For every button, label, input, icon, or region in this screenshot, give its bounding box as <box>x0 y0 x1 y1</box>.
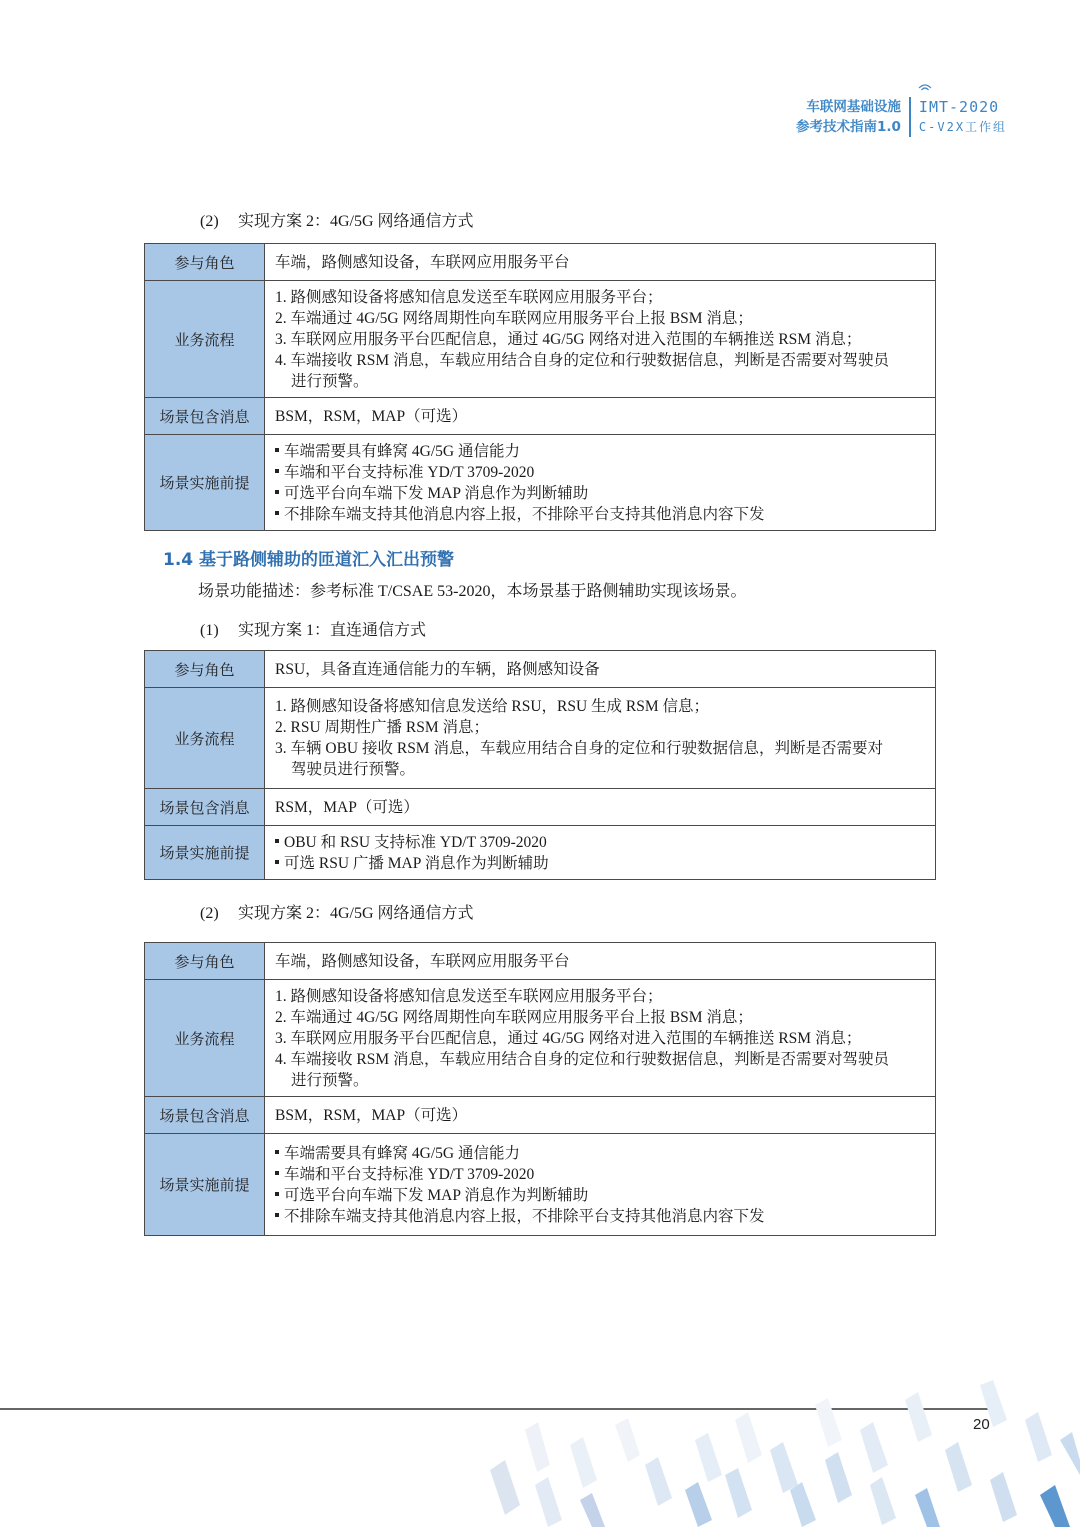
row-key: 业务流程 <box>145 281 265 398</box>
list-item: 驾驶员进行预警。 <box>275 759 925 780</box>
subheading-plan2: (2)实现方案 2：4G/5G 网络通信方式 <box>200 900 474 923</box>
row-key: 参与角色 <box>145 651 265 688</box>
row-key: 场景实施前提 <box>145 435 265 531</box>
table-row: 业务流程 1. 路侧感知设备将感知信息发送至车联网应用服务平台； 2. 车端通过… <box>145 281 936 398</box>
table-row: 场景实施前提 车端需要具有蜂窝 4G/5G 通信能力 车端和平台支持标准 YD/… <box>145 1134 936 1236</box>
subheading-plan1: (1)实现方案 1：直连通信方式 <box>200 617 426 640</box>
list-item: 3. 车联网应用服务平台匹配信息，通过 4G/5G 网络对进入范围的车辆推送 R… <box>275 1028 925 1049</box>
table-row: 业务流程 1. 路侧感知设备将感知信息发送至车联网应用服务平台； 2. 车端通过… <box>145 980 936 1097</box>
list-item: 车端需要具有蜂窝 4G/5G 通信能力 <box>275 1143 925 1164</box>
row-value: BSM，RSM，MAP（可选） <box>265 398 936 435</box>
list-item: 可选 RSU 广播 MAP 消息作为判断辅助 <box>275 853 925 874</box>
table-row: 场景实施前提 OBU 和 RSU 支持标准 YD/T 3709-2020 可选 … <box>145 826 936 880</box>
list-item: 车端和平台支持标准 YD/T 3709-2020 <box>275 1164 925 1185</box>
list-item: 车端需要具有蜂窝 4G/5G 通信能力 <box>275 441 925 462</box>
bullet-icon <box>275 1150 279 1154</box>
header-logo: 车联网基础设施 参考技术指南1.0 IMT-2020 C-V2X工作组 <box>796 96 1007 138</box>
row-value: RSM，MAP（可选） <box>265 789 936 826</box>
row-key: 场景包含消息 <box>145 398 265 435</box>
list-item: 不排除车端支持其他消息内容上报，不排除平台支持其他消息内容下发 <box>275 504 925 525</box>
row-value: 车端需要具有蜂窝 4G/5G 通信能力 车端和平台支持标准 YD/T 3709-… <box>265 435 936 531</box>
table-row: 业务流程 1. 路侧感知设备将感知信息发送给 RSU，RSU 生成 RSM 信息… <box>145 688 936 789</box>
row-key: 参与角色 <box>145 244 265 281</box>
bullet-icon <box>275 1213 279 1217</box>
row-value: BSM，RSM，MAP（可选） <box>265 1097 936 1134</box>
list-item: 可选平台向车端下发 MAP 消息作为判断辅助 <box>275 483 925 504</box>
bullet-icon <box>275 839 279 843</box>
table-row: 场景包含消息 RSM，MAP（可选） <box>145 789 936 826</box>
bullet-icon <box>275 1192 279 1196</box>
row-value: 车端，路侧感知设备，车联网应用服务平台 <box>265 244 936 281</box>
list-item: 可选平台向车端下发 MAP 消息作为判断辅助 <box>275 1185 925 1206</box>
list-item: 3. 车联网应用服务平台匹配信息，通过 4G/5G 网络对进入范围的车辆推送 R… <box>275 329 925 350</box>
list-item: 2. 车端通过 4G/5G 网络周期性向车联网应用服务平台上报 BSM 消息； <box>275 1007 925 1028</box>
bullet-icon <box>275 448 279 452</box>
bullet-icon <box>275 469 279 473</box>
list-item: 不排除车端支持其他消息内容上报，不排除平台支持其他消息内容下发 <box>275 1206 925 1227</box>
row-value: 车端需要具有蜂窝 4G/5G 通信能力 车端和平台支持标准 YD/T 3709-… <box>265 1134 936 1236</box>
header-title: 车联网基础设施 参考技术指南1.0 <box>796 97 909 137</box>
brand-group: C-V2X工作组 <box>919 117 1007 137</box>
list-item: 进行预警。 <box>275 1070 925 1091</box>
row-value: RSU，具备直连通信能力的车辆，路侧感知设备 <box>265 651 936 688</box>
table-row: 参与角色 RSU，具备直连通信能力的车辆，路侧感知设备 <box>145 651 936 688</box>
subheading-prev-plan2: (2)实现方案 2：4G/5G 网络通信方式 <box>200 208 474 231</box>
list-item: 4. 车端接收 RSM 消息，车载应用结合自身的定位和行驶数据信息，判断是否需要… <box>275 1049 925 1070</box>
bullet-icon <box>275 511 279 515</box>
table-row: 场景实施前提 车端需要具有蜂窝 4G/5G 通信能力 车端和平台支持标准 YD/… <box>145 435 936 531</box>
list-item: 4. 车端接收 RSM 消息，车载应用结合自身的定位和行驶数据信息，判断是否需要… <box>275 350 925 371</box>
list-item: 车端和平台支持标准 YD/T 3709-2020 <box>275 462 925 483</box>
header-title-line2: 参考技术指南1.0 <box>796 117 901 137</box>
row-key: 场景包含消息 <box>145 1097 265 1134</box>
row-value: 1. 路侧感知设备将感知信息发送给 RSU，RSU 生成 RSM 信息； 2. … <box>265 688 936 789</box>
brand-name: IMT-2020 <box>919 97 1007 117</box>
row-key: 业务流程 <box>145 688 265 789</box>
row-value: 车端，路侧感知设备，车联网应用服务平台 <box>265 943 936 980</box>
header-brand-block: IMT-2020 C-V2X工作组 <box>919 97 1007 137</box>
row-key: 参与角色 <box>145 943 265 980</box>
list-item: OBU 和 RSU 支持标准 YD/T 3709-2020 <box>275 832 925 853</box>
row-key: 业务流程 <box>145 980 265 1097</box>
spec-table-plan2: 参与角色 车端，路侧感知设备，车联网应用服务平台 业务流程 1. 路侧感知设备将… <box>144 942 936 1236</box>
bullet-icon <box>275 490 279 494</box>
row-value: 1. 路侧感知设备将感知信息发送至车联网应用服务平台； 2. 车端通过 4G/5… <box>265 281 936 398</box>
list-item: 1. 路侧感知设备将感知信息发送给 RSU，RSU 生成 RSM 信息； <box>275 696 925 717</box>
bullet-icon <box>275 1171 279 1175</box>
header-title-line1: 车联网基础设施 <box>796 97 901 117</box>
table-row: 参与角色 车端，路侧感知设备，车联网应用服务平台 <box>145 943 936 980</box>
header-divider <box>909 97 911 137</box>
row-key: 场景实施前提 <box>145 1134 265 1236</box>
list-item: 2. RSU 周期性广播 RSM 消息； <box>275 717 925 738</box>
decorative-diamond-pattern-icon <box>480 1380 1080 1527</box>
spec-table-prev-plan2: 参与角色 车端，路侧感知设备，车联网应用服务平台 业务流程 1. 路侧感知设备将… <box>144 243 936 531</box>
row-value: OBU 和 RSU 支持标准 YD/T 3709-2020 可选 RSU 广播 … <box>265 826 936 880</box>
spec-table-plan1: 参与角色 RSU，具备直连通信能力的车辆，路侧感知设备 业务流程 1. 路侧感知… <box>144 650 936 880</box>
list-item: 进行预警。 <box>275 371 925 392</box>
section-title: 1.4 基于路侧辅助的匝道汇入汇出预警 <box>163 545 454 570</box>
wifi-icon <box>917 83 933 93</box>
row-value: 1. 路侧感知设备将感知信息发送至车联网应用服务平台； 2. 车端通过 4G/5… <box>265 980 936 1097</box>
row-key: 场景包含消息 <box>145 789 265 826</box>
list-item: 2. 车端通过 4G/5G 网络周期性向车联网应用服务平台上报 BSM 消息； <box>275 308 925 329</box>
table-row: 参与角色 车端，路侧感知设备，车联网应用服务平台 <box>145 244 936 281</box>
bullet-icon <box>275 860 279 864</box>
list-item: 1. 路侧感知设备将感知信息发送至车联网应用服务平台； <box>275 986 925 1007</box>
row-key: 场景实施前提 <box>145 826 265 880</box>
list-item: 1. 路侧感知设备将感知信息发送至车联网应用服务平台； <box>275 287 925 308</box>
section-description: 场景功能描述：参考标准 T/CSAE 53-2020，本场景基于路侧辅助实现该场… <box>198 578 746 601</box>
table-row: 场景包含消息 BSM，RSM，MAP（可选） <box>145 398 936 435</box>
list-item: 3. 车辆 OBU 接收 RSM 消息，车载应用结合自身的定位和行驶数据信息，判… <box>275 738 925 759</box>
table-row: 场景包含消息 BSM，RSM，MAP（可选） <box>145 1097 936 1134</box>
